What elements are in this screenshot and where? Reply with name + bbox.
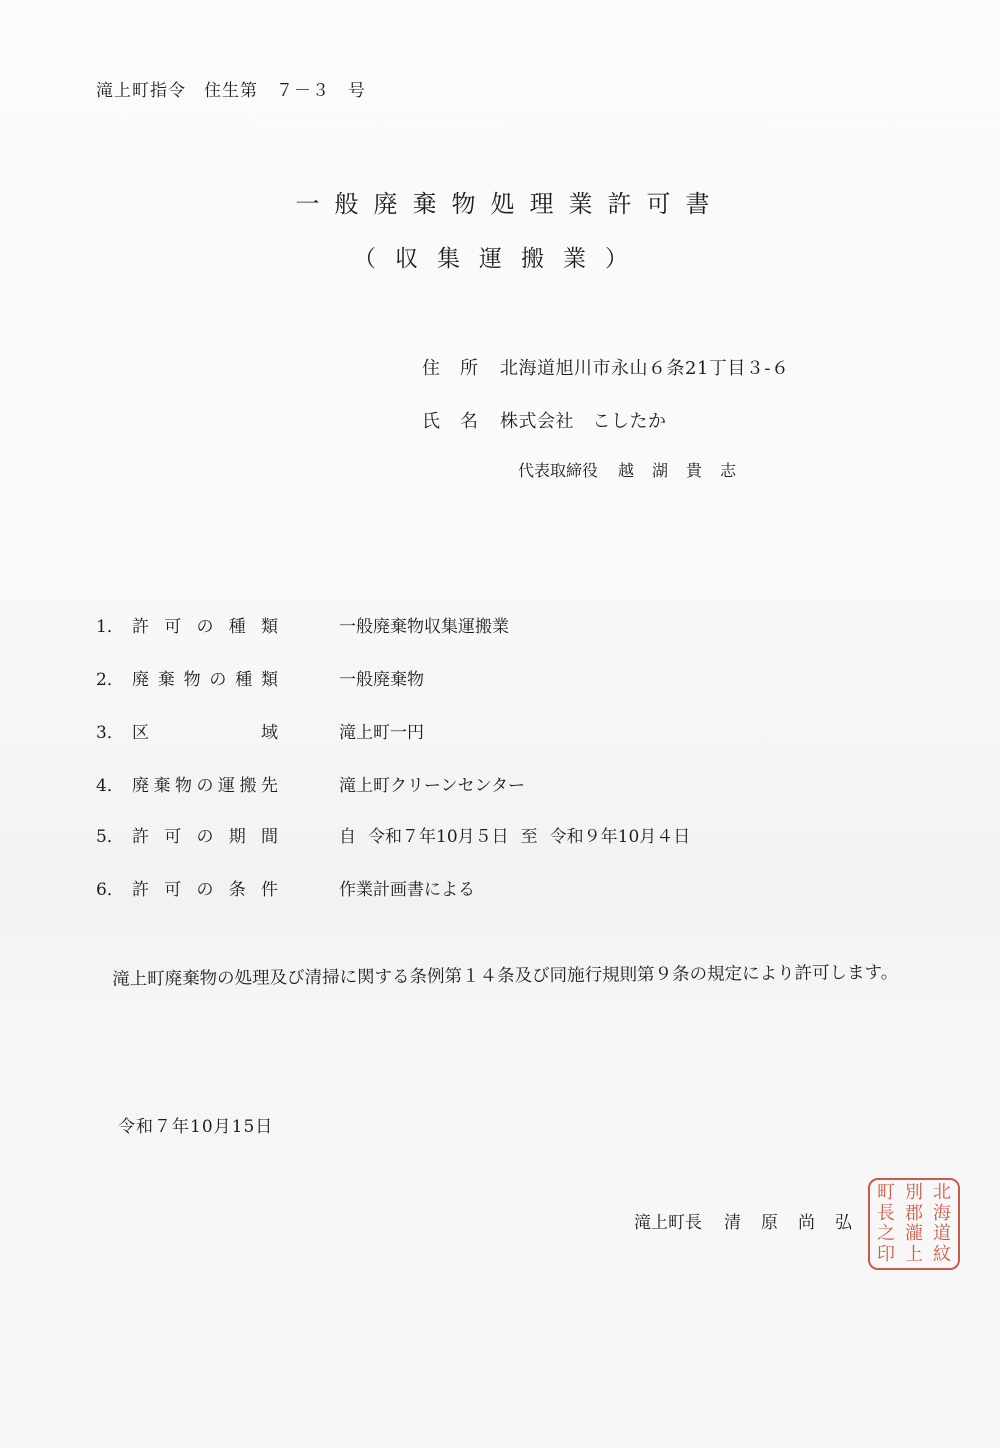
item-number: 4．	[96, 771, 132, 796]
statement-text: 滝上町廃棄物の処理及び清掃に関する条例第１４条及び同施行規則第９条の規定により許…	[112, 963, 898, 990]
address-value: 北海道旭川市永山６条21丁目３-６	[500, 358, 790, 379]
permit-item-type: 1．許可の種類 一般廃棄物収集運搬業	[96, 612, 278, 637]
seal-character: 郡	[905, 1204, 923, 1224]
item-label: 許可の種類	[132, 612, 278, 637]
seal-character: 上	[905, 1245, 923, 1265]
signer-name: 清原尚弘	[724, 1213, 872, 1233]
official-seal-stamp: 北海道紋 別郡瀧上 町長之印	[868, 1178, 960, 1270]
representative-role: 代表取締役	[518, 461, 598, 480]
seal-column-2: 別郡瀧上	[905, 1183, 923, 1265]
permit-item-waste-type: 2．廃棄物の種類 一般廃棄物	[96, 665, 278, 690]
item-label: 廃棄物の種類	[132, 665, 278, 690]
item-number: 5．	[96, 822, 132, 847]
seal-character: 之	[877, 1224, 895, 1244]
seal-character: 北	[933, 1183, 951, 1203]
item-value: 滝上町クリーンセンター	[339, 771, 525, 796]
reference-issuer: 滝上町指令	[96, 81, 186, 101]
seal-character: 道	[933, 1224, 951, 1244]
document-subtitle: （収集運搬業）	[0, 240, 1000, 273]
name-label: 氏名	[422, 407, 500, 433]
seal-character: 海	[933, 1204, 951, 1224]
signer-office: 滝上町長	[634, 1213, 702, 1233]
permit-period-value: 自令和７年10月５日至令和９年10月４日	[339, 822, 702, 847]
seal-character: 町	[877, 1183, 895, 1203]
period-to-date: 令和９年10月４日	[550, 827, 691, 847]
item-label: 区域	[132, 718, 278, 743]
seal-column-1: 北海道紋	[933, 1183, 951, 1265]
permit-item-destination: 4．廃棄物の運搬先 滝上町クリーンセンター	[96, 771, 278, 796]
item-number: 3．	[96, 718, 132, 743]
document-title: 一般廃棄物処理業許可書	[0, 184, 1000, 219]
representative: 代表取締役越湖貴志	[518, 458, 754, 481]
item-label: 許可の期間	[132, 822, 278, 847]
reference-series: 住生第	[204, 81, 258, 101]
item-value: 滝上町一円	[339, 718, 424, 743]
item-value: 一般廃棄物	[339, 665, 424, 690]
applicant-address: 住所北海道旭川市永山６条21丁目３-６	[422, 354, 790, 380]
issue-date: 令和７年10月15日	[118, 1112, 273, 1137]
item-value: 作業計画書による	[339, 875, 475, 900]
item-number: 2．	[96, 665, 132, 690]
item-label: 許可の条件	[132, 875, 278, 900]
representative-name: 越湖貴志	[618, 461, 754, 480]
permit-item-period: 5．許可の期間 自令和７年10月５日至令和９年10月４日	[96, 822, 278, 847]
item-number: 1．	[96, 612, 132, 637]
seal-character: 別	[905, 1183, 923, 1203]
permit-item-area: 3．区域 滝上町一円	[96, 718, 278, 743]
seal-column-3: 町長之印	[877, 1183, 895, 1265]
period-to-label: 至	[521, 827, 538, 847]
seal-character: 印	[877, 1245, 895, 1265]
seal-character: 紋	[933, 1245, 951, 1265]
period-from-label: 自	[339, 827, 356, 847]
reference-number: 滝上町指令住生第７－３号	[96, 76, 384, 101]
signer: 滝上町長清原尚弘	[634, 1208, 872, 1233]
address-label: 住所	[422, 354, 500, 380]
seal-character: 瀧	[905, 1224, 923, 1244]
item-number: 6．	[96, 875, 132, 900]
company-name: 株式会社 こしたか	[500, 411, 667, 432]
applicant-name: 氏名株式会社 こしたか	[422, 407, 667, 433]
item-label: 廃棄物の運搬先	[132, 771, 278, 796]
reference-number-value: ７－３	[276, 81, 330, 101]
seal-character: 長	[877, 1204, 895, 1224]
item-value: 一般廃棄物収集運搬業	[339, 612, 509, 637]
reference-suffix: 号	[348, 81, 366, 101]
period-from-date: 令和７年10月５日	[368, 827, 509, 847]
permit-item-conditions: 6．許可の条件 作業計画書による	[96, 875, 278, 900]
permit-statement: 滝上町廃棄物の処理及び清掃に関する条例第１４条及び同施行規則第９条の規定により許…	[88, 956, 928, 997]
